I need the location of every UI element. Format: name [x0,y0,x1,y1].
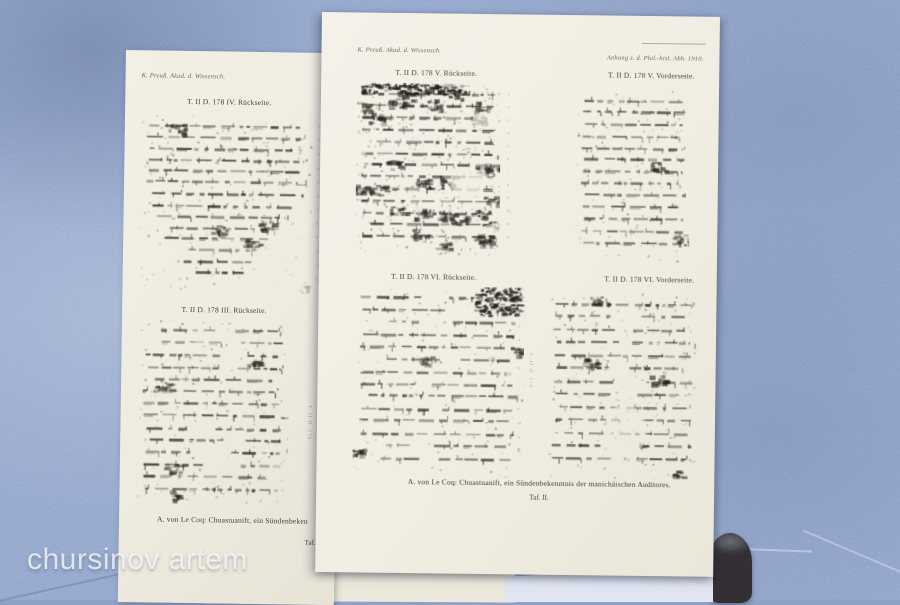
facsimile-178-VI-rueckseite-image [352,285,524,479]
figure-label-178-VI-vorderseite: T. II D. 178 VI. Vorderseite. [572,274,720,285]
figure-label-178-V-vorderseite: T. II D. 178 V. Vorderseite. [576,70,720,81]
photographer-watermark: chursinov artem [27,543,248,577]
right-plate-imprint-left: K. Preuß. Akad. d. Wissensch. [357,46,441,54]
photo-scene: K. Preuß. Akad. d. Wissensch. T. II D. 1… [0,0,900,600]
line-numbers-column: 123456789101112 [506,92,513,240]
right-plate-imprint-right: Anhang z. d. Phil.-hist. Abh. 1910. [607,54,704,62]
facsimile-178-III-rueckseite-image [135,318,290,510]
facsimile-178-VI-vorderseite-image [546,292,698,480]
right-plate-number: Taf. II. [389,492,689,504]
facsimile-178-V-vorderseite-image [575,89,691,262]
figure-label-178-V-rueckseite: T. II D. 178 V. Rückseite. [361,67,511,78]
figure-label-178-VI-rueckseite: T. II D. 178 VI. Rückseite. [359,271,509,282]
facsimile-178-IV-rueckseite-image [138,113,313,294]
right-plate-page: K. Preuß. Akad. d. Wissensch. Anhang z. … [315,12,720,577]
figure-label-178-III-rueckseite: T. II D. 178 III. Rückseite. [148,304,300,315]
figure-label-178-IV-rueckseite: T. II D. 178 IV. Rückseite. [153,96,305,107]
left-plate-number: Taf. [305,539,316,547]
left-plate-imprint: K. Preuß. Akad. d. Wissensch. [142,72,226,80]
facsimile-178-V-rueckseite-image [355,82,501,256]
side-shelfmark-label: T. II D. 178 [527,353,532,388]
header-rule [642,43,706,45]
stand-knob [708,533,752,600]
left-plate-caption: A. von Le Coq: Chuastuanift, ein Sündenb… [157,515,308,526]
left-plate-page: K. Preuß. Akad. d. Wissensch. T. II D. 1… [118,50,342,600]
side-shelfmark-label: T. II D. 178 [306,405,312,440]
